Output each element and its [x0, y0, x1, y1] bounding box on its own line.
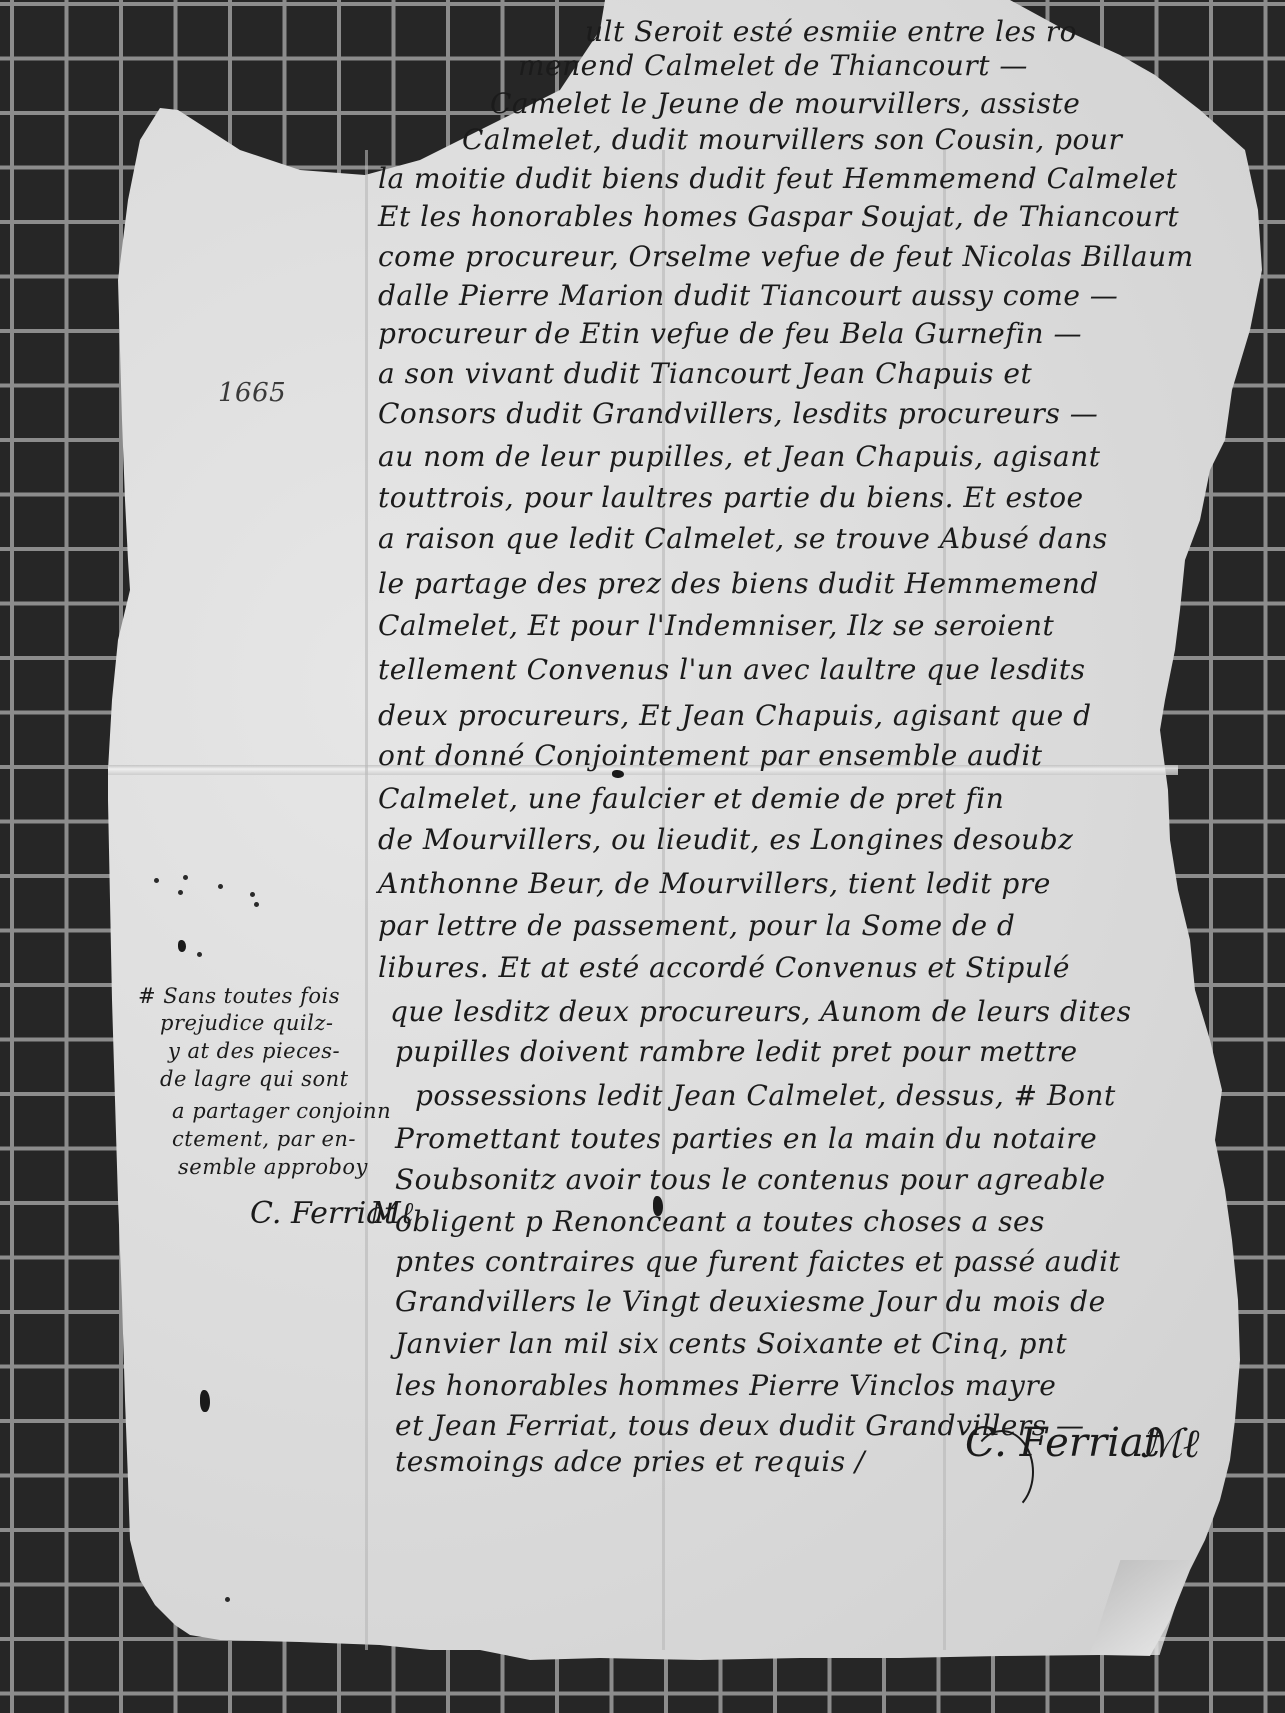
margin-note-line: de lagre qui sont	[160, 1068, 349, 1090]
margin-paraph: Mℓ	[370, 1196, 413, 1231]
ink-dot	[225, 1597, 230, 1602]
margin-note-line: y at des pieces-	[168, 1040, 340, 1062]
body-line: a raison que ledit Calmelet, se trouve A…	[378, 525, 1108, 553]
margin-note-line: a partager conjoinn	[172, 1100, 391, 1122]
body-line: la moitie dudit biens dudit feut Hemmeme…	[378, 165, 1178, 193]
body-line: Promettant toutes parties en la main du …	[395, 1125, 1097, 1153]
body-line: Consors dudit Grandvillers, lesdits proc…	[378, 400, 1098, 428]
margin-note-line: semble approboy	[178, 1156, 368, 1178]
body-line: Camelet le Jeune de mourvillers, assiste	[490, 90, 1080, 118]
ink-blot	[200, 1390, 210, 1412]
body-line: menend Calmelet de Thiancourt —	[518, 52, 1028, 80]
body-line: Grandvillers le Vingt deuxiesme Jour du …	[395, 1288, 1106, 1316]
body-line: procureur de Etin vefue de feu Bela Gurn…	[378, 320, 1082, 348]
body-line: tellement Convenus l'un avec laultre que…	[378, 656, 1086, 684]
vertical-fold-crease	[365, 150, 368, 1650]
body-line: tesmoings adce pries et requis /	[395, 1448, 865, 1476]
ink-dot	[197, 952, 202, 957]
body-line: ont donné Conjointement par ensemble aud…	[378, 742, 1043, 770]
body-line: au nom de leur pupilles, et Jean Chapuis…	[378, 443, 1101, 471]
body-line: Calmelet, dudit mourvillers son Cousin, …	[462, 126, 1122, 154]
year-annotation: 1665	[218, 378, 286, 408]
ink-dot	[254, 902, 259, 907]
body-line: les honorables hommes Pierre Vinclos may…	[395, 1372, 1056, 1400]
body-line: le partage des prez des biens dudit Hemm…	[378, 570, 1099, 598]
body-line: obligent p Renonceant a toutes choses a …	[395, 1208, 1045, 1236]
ink-dot	[183, 875, 188, 880]
ink-blot	[653, 1196, 663, 1216]
body-line: Soubsonitz avoir tous le contenus pour a…	[395, 1166, 1106, 1194]
notary-paraph: ℳℓ	[1140, 1420, 1199, 1467]
signature-flourish	[970, 1430, 1034, 1514]
body-line: possessions ledit Jean Calmelet, dessus,…	[415, 1082, 1116, 1110]
body-line: Anthonne Beur, de Mourvillers, tient led…	[378, 870, 1051, 898]
ink-dot	[178, 890, 183, 895]
body-line: pupilles doivent rambre ledit pret pour …	[395, 1038, 1078, 1066]
ink-blot	[612, 770, 624, 778]
ink-blot	[178, 940, 186, 952]
body-line: deux procureurs, Et Jean Chapuis, agisan…	[378, 702, 1092, 730]
body-line: touttrois, pour laultres partie du biens…	[378, 484, 1084, 512]
body-line: de Mourvillers, ou lieudit, es Longines …	[378, 826, 1073, 854]
body-line: Janvier lan mil six cents Soixante et Ci…	[395, 1330, 1067, 1358]
body-line: pntes contraires que furent faictes et p…	[395, 1248, 1120, 1276]
margin-note-line: prejudice quilz-	[160, 1012, 334, 1034]
body-line: libures. Et at esté accordé Convenus et …	[378, 954, 1070, 982]
ink-dot	[154, 878, 159, 883]
body-line: que lesditz deux procureurs, Aunom de le…	[390, 998, 1132, 1026]
body-line: come procureur, Orselme vefue de feut Ni…	[378, 243, 1194, 271]
margin-note-line: # Sans toutes fois	[138, 985, 340, 1007]
body-line: ult Seroit esté esmiie entre les ro	[585, 18, 1077, 46]
ink-dot	[218, 884, 223, 889]
body-line: Calmelet, Et pour l'Indemniser, Ilz se s…	[378, 612, 1054, 640]
margin-note-line: ctement, par en-	[172, 1128, 356, 1150]
ink-dot	[250, 892, 255, 897]
body-line: dalle Pierre Marion dudit Tiancourt auss…	[378, 282, 1118, 310]
body-line: a son vivant dudit Tiancourt Jean Chapui…	[378, 360, 1032, 388]
body-line: Calmelet, une faulcier et demie de pret …	[378, 785, 1004, 813]
body-line: par lettre de passement, pour la Some de…	[378, 912, 1015, 940]
body-line: Et les honorables homes Gaspar Soujat, d…	[378, 203, 1179, 231]
